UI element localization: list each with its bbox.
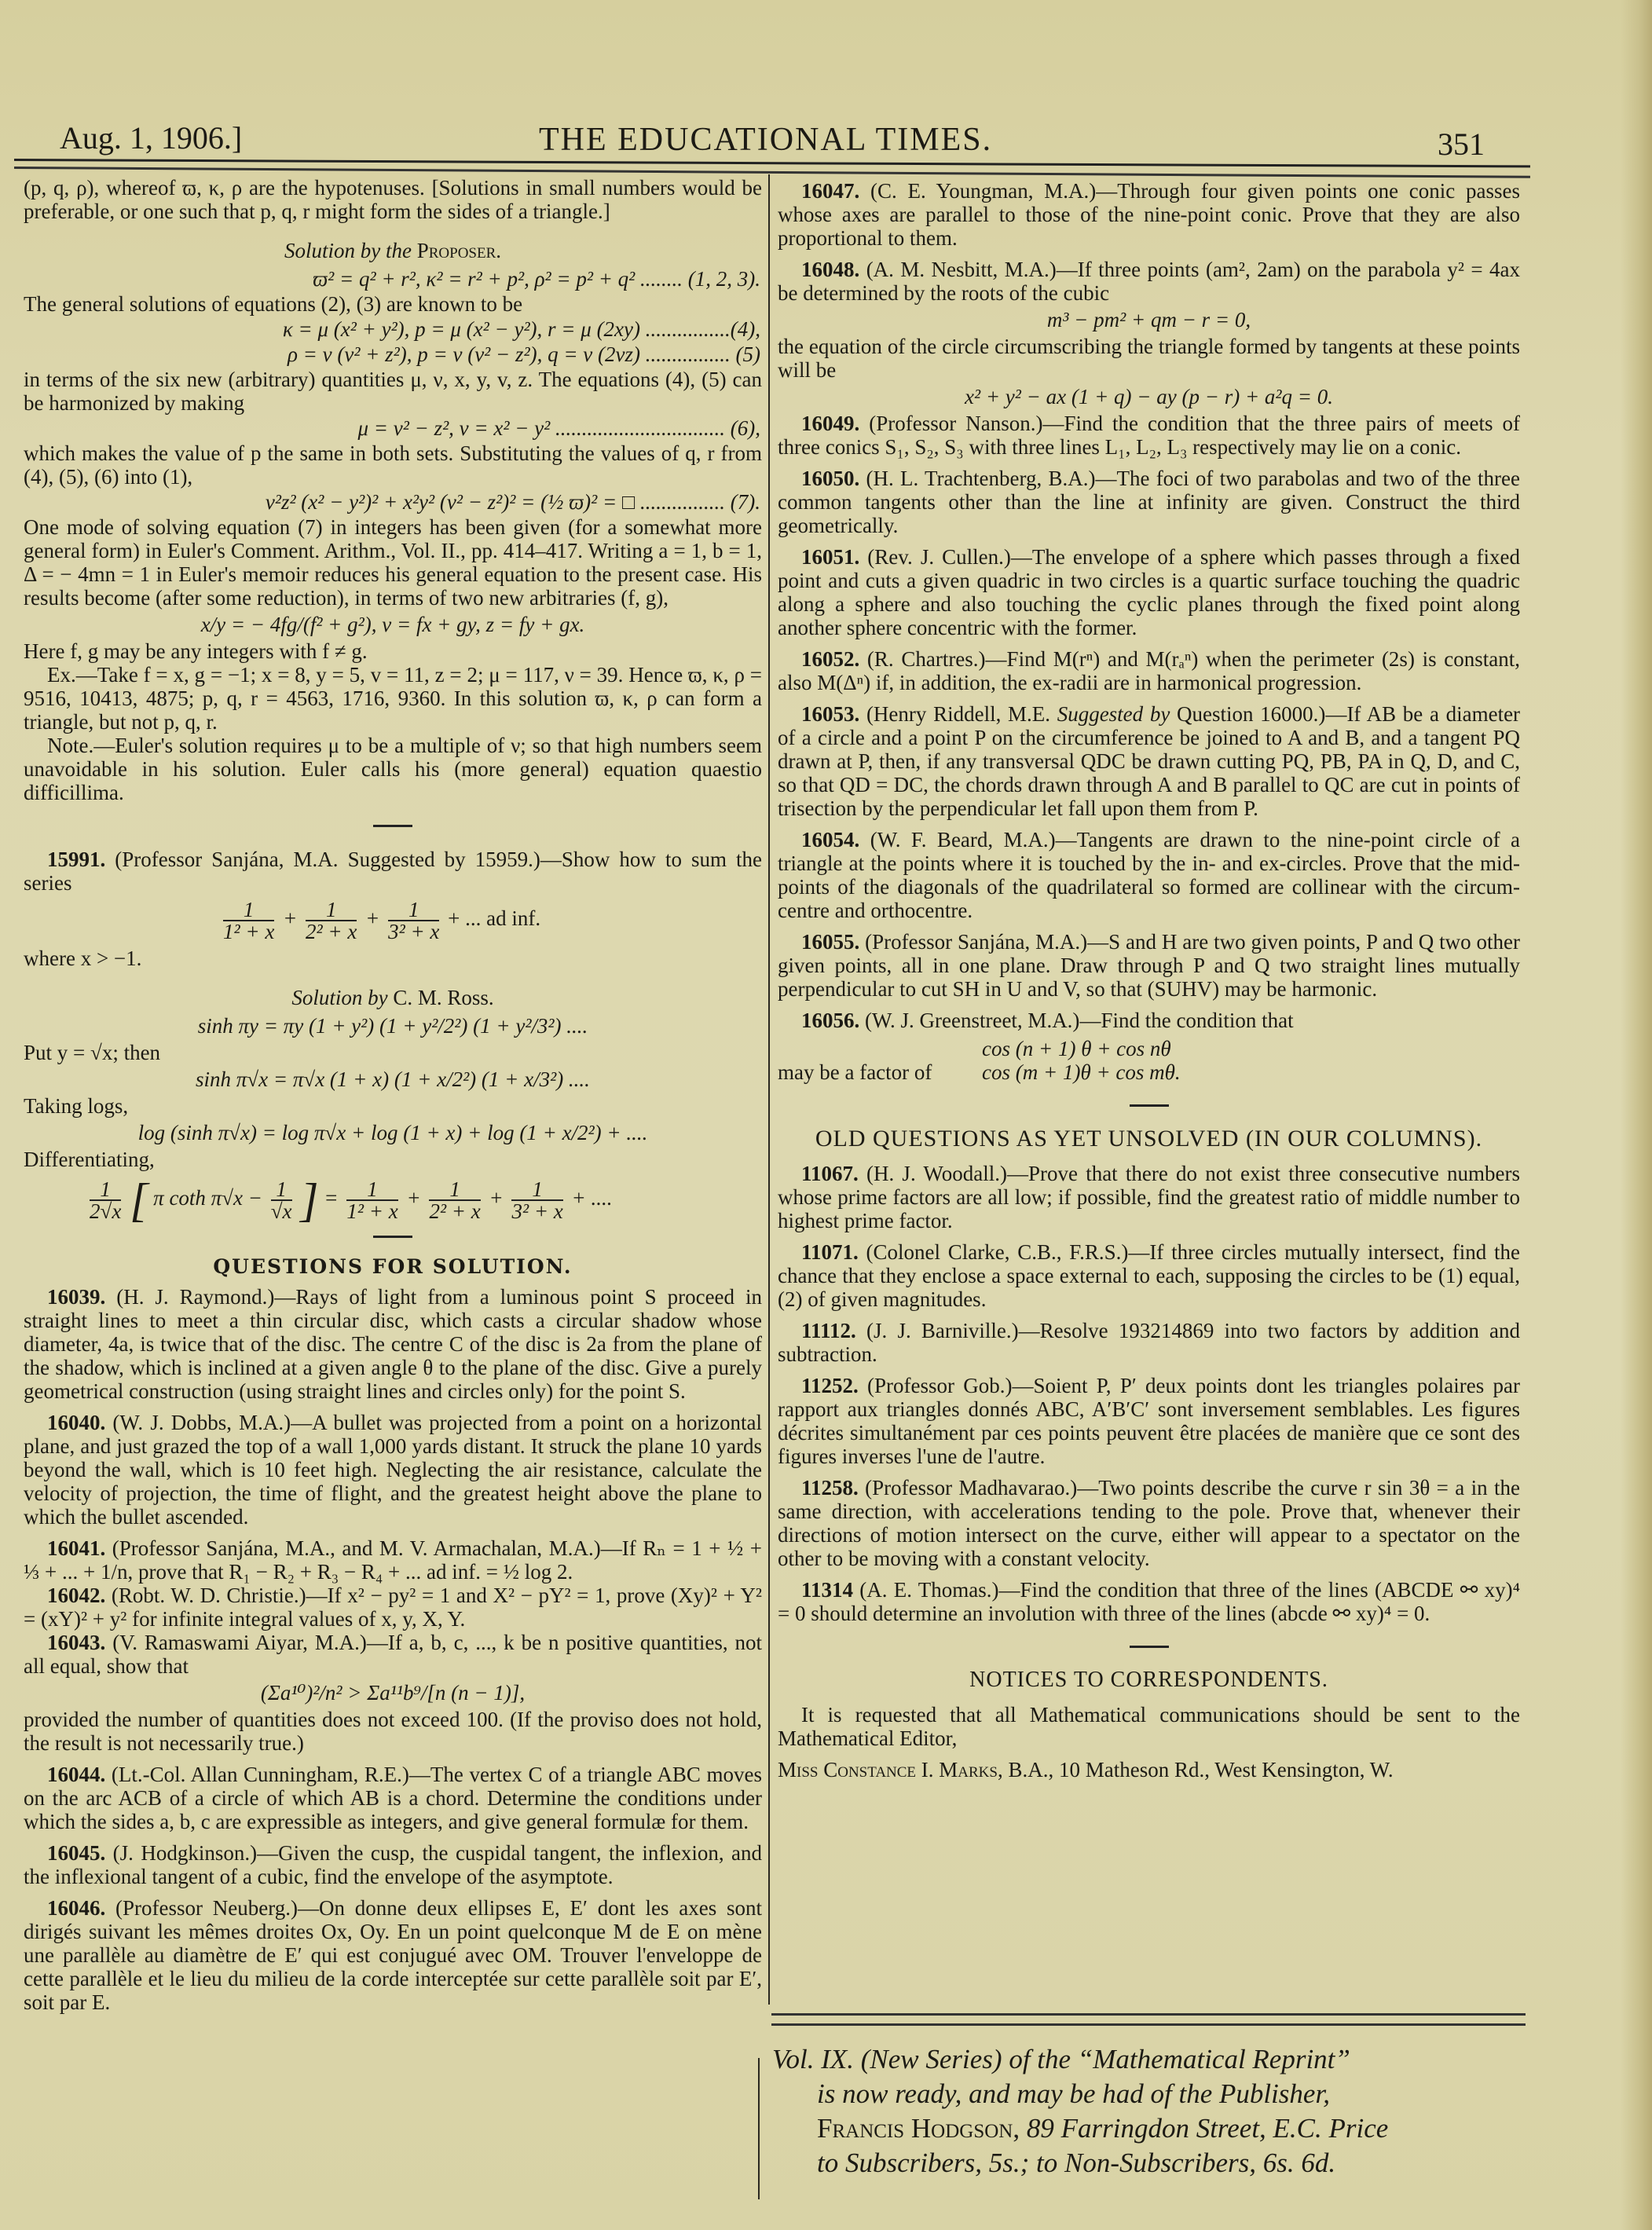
question-16048: 16048. (A. M. Nesbitt, M.A.)—If three po… <box>778 258 1520 305</box>
solution-text: The general solutions of equations (2), … <box>24 292 762 316</box>
question-16043: 16043. (V. Ramaswami Aiyar, M.A.)—If a, … <box>24 1631 762 1678</box>
advert-line-4: to Subscribers, 5s.; to Non-Subscribers,… <box>766 2146 1520 2181</box>
old-question-11252: 11252. (Professor Gob.)—Soient P, P′ deu… <box>778 1374 1520 1468</box>
advert-line-3: Francis Hodgson, 89 Farringdon Street, E… <box>766 2111 1520 2146</box>
column-divider <box>768 174 770 2005</box>
question-16044: 16044. (Lt.-Col. Allan Cunningham, R.E.)… <box>24 1763 762 1833</box>
solution-text: in terms of the six new (arbitrary) quan… <box>24 368 762 415</box>
solution-text: Differentiating, <box>24 1148 762 1171</box>
questions-heading: QUESTIONS FOR SOLUTION. <box>24 1255 762 1279</box>
equation-16043: (Σa¹⁰)²/n² > Σa¹¹b⁹/[n (n − 1)], <box>24 1681 762 1705</box>
solution-text: Put y = √x; then <box>24 1041 762 1064</box>
advert-divider <box>771 2013 1526 2026</box>
question-16055: 16055. (Professor Sanjána, M.A.)—S and H… <box>778 930 1520 1001</box>
equation-circle: x² + y² − ax (1 + q) − ay (p − r) + a²q … <box>778 385 1520 408</box>
issue-date: Aug. 1, 1906.] <box>60 119 242 156</box>
left-column: (p, q, ρ), whereof ϖ, κ, ρ are the hypot… <box>24 176 762 2022</box>
question-16042: 16042. (Robt. W. D. Christie.)—If x² − p… <box>24 1584 762 1631</box>
section-divider <box>373 825 412 827</box>
factor-label: may be a factor of <box>778 1060 982 1084</box>
question-16047: 16047. (C. E. Youngman, M.A.)—Through fo… <box>778 179 1520 250</box>
old-question-11258: 11258. (Professor Madhavarao.)—Two point… <box>778 1476 1520 1570</box>
question-16046: 16046. (Professor Neuberg.)—On donne deu… <box>24 1896 762 2014</box>
old-question-11314: 11314 (A. E. Thomas.)—Find the condition… <box>778 1578 1520 1625</box>
question-16052: 16052. (R. Chartres.)—Find M(rⁿ) and M(r… <box>778 647 1520 694</box>
editor-address: Miss Constance I. Marks, B.A., 10 Mathes… <box>778 1758 1520 1781</box>
question-16049: 16049. (Professor Nanson.)—Find the cond… <box>778 412 1520 459</box>
question-16043-proviso: provided the number of quantities does n… <box>24 1708 762 1755</box>
solution-text: One mode of solving equation (7) in inte… <box>24 515 762 610</box>
equation-differentiated: 12√x [ π coth π√x − 1√x ] = 11² + x + 12… <box>86 1179 762 1221</box>
advert-line-1: Vol. IX. (New Series) of the “Mathematic… <box>766 2042 1520 2077</box>
equation-log: log (sinh π√x) = log π√x + log (1 + x) +… <box>24 1121 762 1144</box>
solution-text: Here f, g may be any integers with f ≠ g… <box>24 639 762 663</box>
question-16048-cont: the equation of the circle circumscribin… <box>778 335 1520 382</box>
page-number: 351 <box>1438 126 1485 163</box>
advert-line-2: is now ready, and may be had of the Publ… <box>766 2077 1520 2111</box>
equation-6: μ = v² − z², ν = x² − y² ...............… <box>24 416 762 440</box>
solution-text: which makes the value of p the same in b… <box>24 441 762 489</box>
header-rule <box>14 159 1530 167</box>
equation-euler: x/y = − 4fg/(f² + g²), v = fx + gy, z = … <box>24 613 762 636</box>
old-question-11067: 11067. (H. J. Woodall.)—Prove that there… <box>778 1162 1520 1232</box>
reprint-advertisement: Vol. IX. (New Series) of the “Mathematic… <box>766 2042 1520 2181</box>
question-16045: 16045. (J. Hodgkinson.)—Given the cusp, … <box>24 1841 762 1888</box>
solution-note: Note.—Euler's solution requires μ to be … <box>24 734 762 804</box>
equation-sinh-sqrt: sinh π√x = π√x (1 + x) (1 + x/2²) (1 + x… <box>24 1067 762 1091</box>
question-16041: 16041. (Professor Sanjána, M.A., and M. … <box>24 1536 762 1584</box>
question-16054: 16054. (W. F. Beard, M.A.)—Tangents are … <box>778 828 1520 922</box>
equation-cos-n: cos (n + 1) θ + cos nθ <box>982 1037 1520 1060</box>
solution-text: Taking logs, <box>24 1094 762 1118</box>
question-16050: 16050. (H. L. Trachtenberg, B.A.)—The fo… <box>778 467 1520 537</box>
right-column: 16047. (C. E. Youngman, M.A.)—Through fo… <box>778 179 1520 1781</box>
equation-7: v²z² (x² − y²)² + x²y² (v² − z²)² = (½ ϖ… <box>24 490 762 514</box>
publication-title: THE EDUCATIONAL TIMES. <box>539 121 992 159</box>
section-divider <box>1130 1646 1169 1648</box>
notices-heading: NOTICES TO CORRESPONDENTS. <box>778 1668 1520 1692</box>
old-question-11071: 11071. (Colonel Clarke, C.B., F.R.S.)—If… <box>778 1240 1520 1311</box>
series-condition: where x > −1. <box>24 947 762 970</box>
equation-1-2-3: ϖ² = q² + r², κ² = r² + p², ρ² = p² + q²… <box>24 267 762 291</box>
factor-condition: cos (n + 1) θ + cos nθ may be a factor o… <box>778 1037 1520 1084</box>
question-16051: 16051. (Rev. J. Cullen.)—The envelope of… <box>778 545 1520 639</box>
question-16053: 16053. (Henry Riddell, M.E. Suggested by… <box>778 702 1520 820</box>
solution-intro: (p, q, ρ), whereof ϖ, κ, ρ are the hypot… <box>24 176 762 223</box>
solution-heading: Solution by C. M. Ross. <box>24 986 762 1009</box>
equation-sinh: sinh πy = πy (1 + y²) (1 + y²/2²) (1 + y… <box>24 1014 762 1038</box>
page-edge-shadow <box>1621 0 1652 2230</box>
equation-cos-m: cos (m + 1)θ + cos mθ. <box>982 1060 1520 1084</box>
old-questions-heading: OLD QUESTIONS AS YET UNSOLVED (IN OUR CO… <box>778 1127 1520 1151</box>
solution-heading: Solution by the Proposer. <box>24 239 762 262</box>
section-divider <box>1130 1104 1169 1107</box>
page-header: Aug. 1, 1906.] THE EDUCATIONAL TIMES. 35… <box>14 119 1526 157</box>
section-divider <box>373 1236 412 1238</box>
question-16056: 16056. (W. J. Greenstreet, M.A.)—Find th… <box>778 1009 1520 1032</box>
column-divider-lower <box>758 2058 760 2199</box>
old-question-11112: 11112. (J. J. Barniville.)—Resolve 19321… <box>778 1319 1520 1366</box>
equation-4: κ = μ (x² + y²), p = μ (x² − y²), r = μ … <box>24 317 762 341</box>
question-16040: 16040. (W. J. Dobbs, M.A.)—A bullet was … <box>24 1411 762 1529</box>
equation-5: ρ = ν (v² + z²), p = ν (v² − z²), q = ν … <box>24 342 762 366</box>
question-15991: 15991. (Professor Sanjána, M.A. Suggeste… <box>24 848 762 895</box>
newspaper-page: Aug. 1, 1906.] THE EDUCATIONAL TIMES. 35… <box>0 0 1652 2230</box>
notices-text: It is requested that all Mathematical co… <box>778 1703 1520 1750</box>
question-16039: 16039. (H. J. Raymond.)—Rays of light fr… <box>24 1285 762 1403</box>
equation-cubic: m³ − pm² + qm − r = 0, <box>778 308 1520 331</box>
series-expression: 11² + x + 12² + x + 13² + x + ... ad inf… <box>220 899 762 942</box>
solution-example: Ex.—Take f = x, g = −1; x = 8, y = 5, v … <box>24 663 762 734</box>
